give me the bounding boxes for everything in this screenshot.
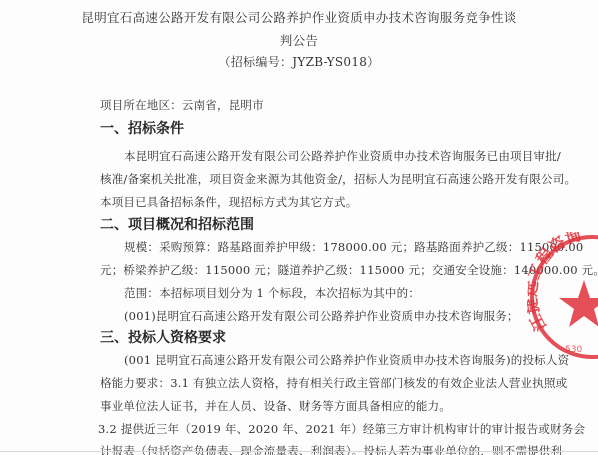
section-heading-1: 一、招标条件 <box>100 118 184 138</box>
company-seal-stamp: 江捷远工程咨询 530 <box>527 232 598 362</box>
tender-number: （招标编号：JYZB-YS018） <box>0 53 598 70</box>
section3-line: 事业单位法人证书，并在人员、设备、财务等方面具备相应的能力。 <box>100 398 451 414</box>
seal-number: 530 <box>565 345 582 355</box>
section3-line: 格能力要求：3.1 有独立法人资格，持有相关行政主管部门核发的有效企业法人营业执… <box>100 375 567 391</box>
section3-line: 计报表（包括资产负债表、现金流量表、利润表）。投标人若为事业单位的，则不需提供利 <box>100 443 562 455</box>
section3-line: (001 昆明宜石高速公路开发有限公司公路养护作业资质申办技术咨询服务)的投标人… <box>124 352 569 368</box>
document-title-line1: 昆明宜石高速公路开发有限公司公路养护作业资质申办技术咨询服务竞争性谈 <box>0 8 598 26</box>
section-heading-3: 三、投标人资格要求 <box>100 327 226 347</box>
project-location: 项目所在地区：云南省，昆明市 <box>100 97 264 113</box>
section3-line: 3.2 提供近三年（2019 年、2020 年、2021 年）经第三方审计机构审… <box>98 421 585 437</box>
section1-line: 本项目已具备招标条件，现招标方式为其它方式。 <box>100 194 357 210</box>
document-title-line2: 判公告 <box>0 31 598 49</box>
section1-line: 本昆明宜石高速公路开发有限公司公路养护作业资质申办技术咨询服务已由项目审批/ <box>124 148 561 164</box>
section2-line: 元；桥梁养护乙级：115000 元；隧道养护乙级：115000 元；交通安全设施… <box>100 262 598 278</box>
document-page: 昆明宜石高速公路开发有限公司公路养护作业资质申办技术咨询服务竞争性谈 判公告 （… <box>0 0 598 455</box>
section2-line: (001)昆明宜石高速公路开发有限公司公路养护作业资质申办技术咨询服务； <box>124 308 519 324</box>
section-heading-2: 二、项目概况和招标范围 <box>100 214 254 234</box>
section1-line: 核准/备案机关批准，项目资金来源为其他资金/，招标人为昆明宜石高速公路开发有限公… <box>100 171 576 187</box>
page-edge-divider <box>0 451 598 452</box>
section2-line: 范围：本招标项目划分为 1 个标段，本次招标为其中的： <box>124 285 420 301</box>
seal-icon: 江捷远工程咨询 530 <box>527 232 598 362</box>
section2-line: 规模：采购预算：路基路面养护甲级：178000.00 元；路基路面养护乙级：11… <box>124 239 583 255</box>
